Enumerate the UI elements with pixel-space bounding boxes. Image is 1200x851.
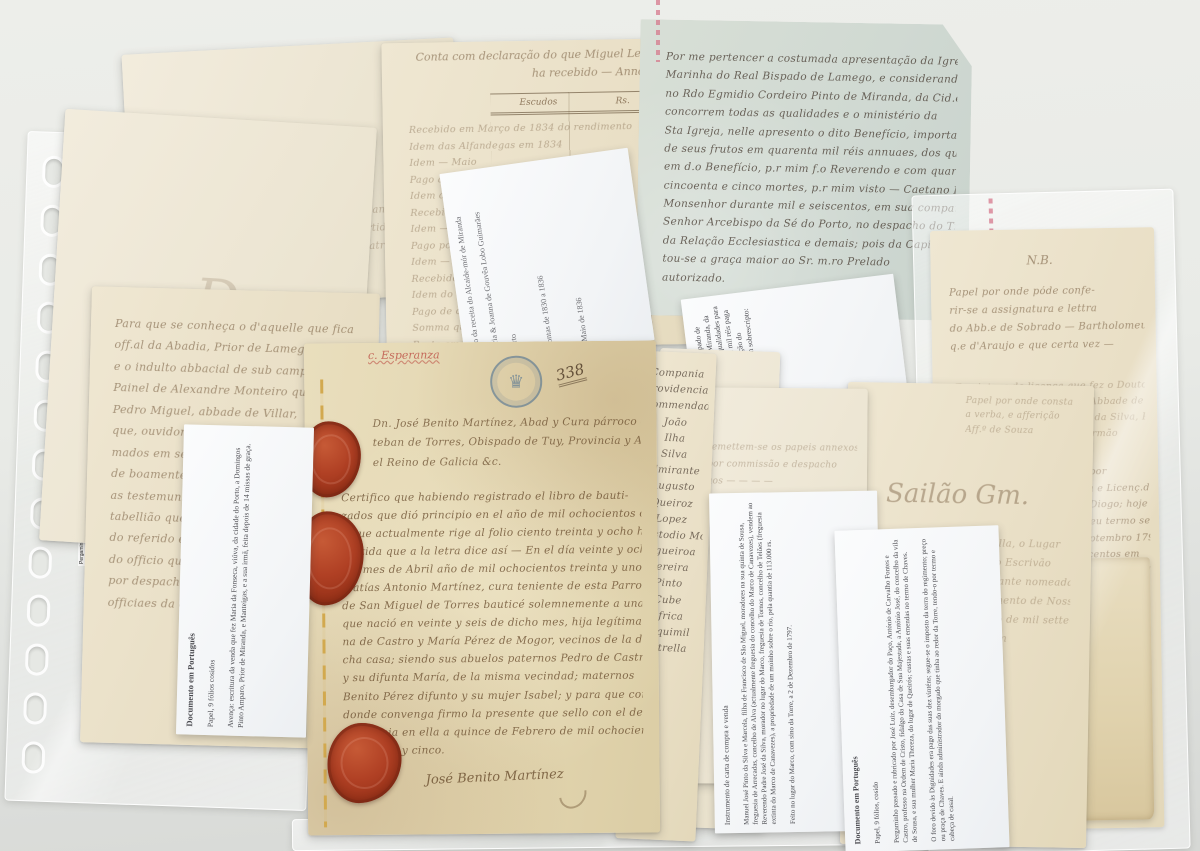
card-ledger-text: Livro da receita do Alcaide-mór de Miran… <box>448 157 645 357</box>
card-line: Maio de 1836 <box>555 165 589 343</box>
card-left-text: Documento em Português Papel, 9 fólios c… <box>184 433 306 730</box>
sleeve-stitch-pink-top <box>656 0 660 62</box>
handwriting-line: el Reino de Galicia &c. <box>373 451 641 473</box>
card-body: Avença: escritura da venda que fez Maria… <box>226 434 254 728</box>
punch-hole <box>31 549 49 576</box>
handwriting-line: Aff.º de Souza <box>965 423 1085 439</box>
card-title: Instrumento de carta de compra e venda <box>717 501 732 825</box>
card-material: Papel, 9 fólios, cosido <box>863 538 883 844</box>
folio-number: 338 <box>554 360 587 388</box>
signature: José Benito Martínez <box>425 767 564 788</box>
handwriting: Papel por onde póde confe-rir-se a assig… <box>949 281 1145 356</box>
ink-stamp: ♛ <box>490 355 542 407</box>
handwriting-line: teban de Torres, Obispado de Tuy, Provin… <box>373 432 641 454</box>
flourish-word: Sailão Gm. <box>886 479 1030 511</box>
handwriting-line: y su difunta María, de la misma vecindad… <box>343 667 643 688</box>
description-card-ledger: Livro da receita do Alcaide-mór de Miran… <box>439 148 654 367</box>
handwriting-line: q.e d'Araujo e que certa vez — <box>950 335 1145 356</box>
corner-note: Papel por onde constaa verba, e afferiçã… <box>965 394 1086 439</box>
punch-hole <box>24 744 42 771</box>
manuscript-heading: Dn. José Benito Martínez, Abad y Cura pá… <box>372 413 640 474</box>
wax-seal-bottom <box>327 723 402 804</box>
ledger-column: Escudos <box>519 97 557 108</box>
card-language-title: Documento em Português <box>184 433 203 727</box>
handwriting-line: donde convenga firmo la presente que sel… <box>343 703 643 724</box>
handwriting-line: por commissão e despacho <box>707 456 857 474</box>
handwriting-line: do Abb.e de Sobrado — Bartholomeu <box>950 317 1145 338</box>
description-card-bottom-right: Documento em Português Papel, 9 fólios, … <box>834 525 1009 851</box>
card-body: Manuel José Pinto da Silva e Marcela, fi… <box>737 500 779 825</box>
card-line: contas de 1830 a 1836 <box>521 170 555 348</box>
nb-heading: N.B. <box>1026 253 1052 267</box>
red-ink-note: c. Esperanza <box>368 348 440 362</box>
ledger-column: Rs. <box>615 96 629 106</box>
manuscript-body: Certifico que habiendo registrado el lib… <box>341 487 643 760</box>
card-material: Papel, 9 fólios cosidos <box>206 433 224 727</box>
description-card-left: Documento em Português Papel, 9 fólios c… <box>176 424 314 737</box>
handwriting-line: aos — — — — <box>707 474 857 492</box>
card-body-2: O foro devido às Dignidades era pago das… <box>919 535 957 842</box>
card-bottom-right-text: Documento em Português Papel, 9 fólios, … <box>843 534 1002 845</box>
handwriting-line: Dn. José Benito Martínez, Abad y Cura pá… <box>372 413 640 435</box>
punch-hole <box>26 695 44 722</box>
photo-scene: Pergaminho em Português D Digo eu Maria … <box>0 0 1200 851</box>
handwriting-line: Benito Pérez difunto y su mujer Isabel; … <box>343 685 643 706</box>
handwriting-line: remettem-se os papeis annexos <box>707 439 857 457</box>
handwriting: remettem-se os papeis annexos por commis… <box>707 439 857 492</box>
card-footer: Feito no lugar do Marco, com sino da Tor… <box>783 500 798 824</box>
card-body: Pergaminho passado e rubricado por José … <box>882 536 920 843</box>
punch-hole <box>28 647 46 674</box>
punch-hole <box>30 598 48 625</box>
main-manuscript: c. Esperanza ♛ 338 Dn. José Benito Martí… <box>304 340 660 835</box>
card-language-title: Documento em Português <box>843 538 864 844</box>
